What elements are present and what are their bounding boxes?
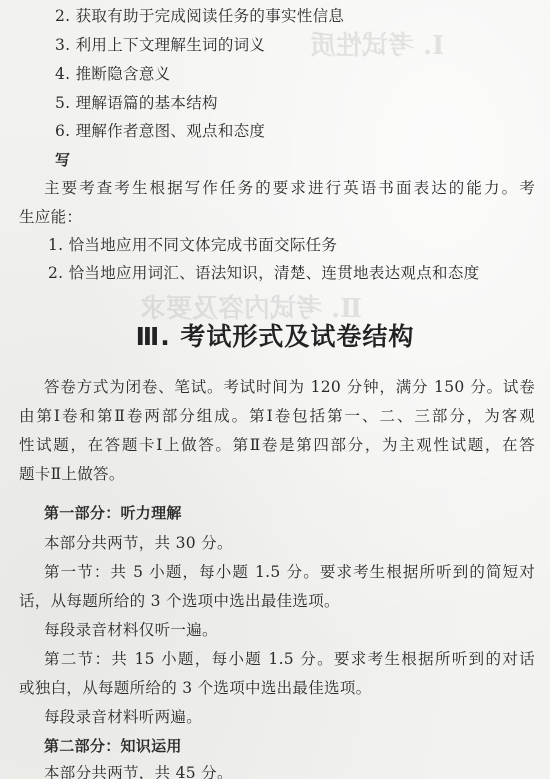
part1-section1-note: 每段录音材料仅听一遍。	[44, 620, 550, 640]
section-heading: Ⅲ. 考试形式及试卷结构	[0, 317, 550, 353]
reading-item: 6. 理解作者意图、观点和态度	[55, 121, 550, 141]
writing-item: 1. 恰当地应用不同文体完成书面交际任务	[48, 235, 550, 255]
part1-section2-line: 第二节：共 15 小题，每小题 1.5 分。要求考生根据所听到的对话	[44, 649, 535, 669]
part2-summary: 本部分共两节，共 45 分。	[44, 763, 550, 779]
exam-format-line: 由第Ⅰ卷和第Ⅱ卷两部分组成。第Ⅰ卷包括第一、二、三部分，为客观	[19, 406, 535, 426]
exam-format-line: 题卡Ⅱ上做答。	[19, 464, 550, 484]
reading-item: 5. 理解语篇的基本结构	[55, 93, 550, 113]
part1-section2-note: 每段录音材料听两遍。	[44, 707, 550, 727]
reading-item: 4. 推断隐含意义	[55, 64, 550, 84]
writing-intro-line: 主要考查考生根据写作任务的要求进行英语书面表达的能力。考	[44, 178, 535, 198]
part1-section1-line: 第一节：共 5 小题，每小题 1.5 分。要求考生根据所听到的简短对	[44, 562, 535, 582]
scanned-page: Ⅰ. 考试性质 Ⅱ. 考试内容及要求 2. 获取有助于完成阅读任务的事实性信息 …	[0, 0, 550, 779]
part1-section2-line: 或独白，从每题所给的 3 个选项中选出最佳选项。	[19, 678, 550, 698]
exam-format-line: 答卷方式为闭卷、笔试。考试时间为 120 分钟，满分 150 分。试卷	[44, 377, 535, 397]
part1-summary: 本部分共两节，共 30 分。	[44, 533, 550, 553]
writing-title: 写	[55, 150, 550, 170]
part1-title: 第一部分：听力理解	[44, 503, 550, 523]
reading-item: 3. 利用上下文理解生词的词义	[55, 35, 550, 55]
part2-title: 第二部分：知识运用	[44, 736, 550, 756]
exam-format-line: 性试题，在答题卡Ⅰ上做答。第Ⅱ卷是第四部分，为主观性试题，在答	[19, 435, 535, 455]
part1-section1-line: 话，从每题所给的 3 个选项中选出最佳选项。	[19, 591, 550, 611]
writing-item: 2. 恰当地应用词汇、语法知识，清楚、连贯地表达观点和态度	[48, 263, 550, 283]
reading-item: 2. 获取有助于完成阅读任务的事实性信息	[55, 6, 550, 26]
writing-intro-line: 生应能：	[19, 207, 550, 227]
